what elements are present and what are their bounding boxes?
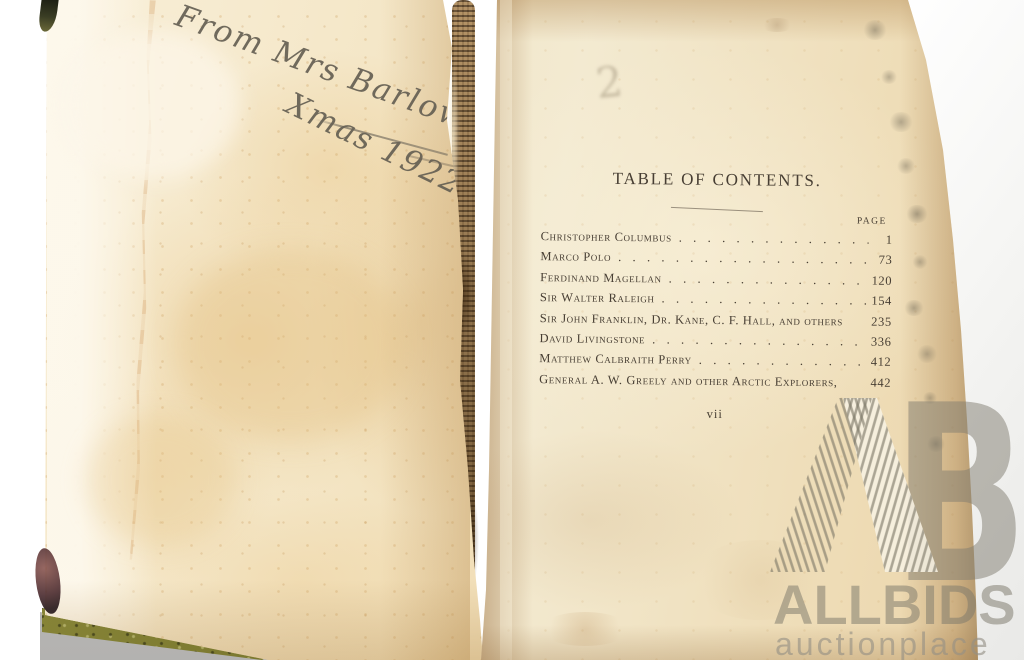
foxing-spot xyxy=(862,20,888,40)
toc-entry-label: Christopher Columbus xyxy=(541,229,672,245)
toc-entry: General A. W. Greely and other Arctic Ex… xyxy=(539,372,891,396)
foxing-spot xyxy=(905,205,929,223)
paper-stain xyxy=(540,612,630,646)
foxing-spot xyxy=(916,345,938,363)
toc-entry-label: David Livingstone xyxy=(539,331,645,347)
toc-entry-page: 1 xyxy=(869,233,893,248)
toc-entry-label: Marco Polo xyxy=(540,250,611,266)
paper-stain xyxy=(690,540,830,620)
toc-leader-dots: . . . . . . . . . . . . . . . . . . xyxy=(645,332,867,349)
page-curve-highlight xyxy=(500,0,512,660)
toc-page-column-label: PAGE xyxy=(541,213,893,227)
paper-stain xyxy=(175,250,405,440)
foxing-spot xyxy=(926,436,946,452)
toc-entry-page: 442 xyxy=(867,375,891,390)
table-of-contents: TABLE OF CONTENTS. PAGE Christopher Colu… xyxy=(539,168,894,424)
paper-stain xyxy=(85,415,235,545)
toc-entry-label: Ferdinand Magellan xyxy=(540,270,662,286)
page-edge-shadow xyxy=(900,0,980,660)
book-photo-scene: From Mrs Barlow Xmas 1922 2 TABLE OF CON… xyxy=(0,0,1024,660)
toc-leader-dots: . . . . . . . . . . . . . . . . . . xyxy=(654,292,868,309)
toc-leader-dots: . . . . . . . . . . . . . . . . . . xyxy=(662,271,869,288)
toc-title: TABLE OF CONTENTS. xyxy=(541,168,893,192)
toc-leader-dots: . . . . . . . . . . . . . . . . . . xyxy=(672,231,869,248)
foxing-spot xyxy=(922,392,938,404)
toc-entry-label: Sir John Franklin, Dr. Kane, C. F. Hall,… xyxy=(540,311,843,329)
toc-entry-page: 412 xyxy=(867,355,891,370)
toc-entry-page: 336 xyxy=(867,335,891,350)
toc-entry-page: 73 xyxy=(868,253,892,268)
toc-divider-rule xyxy=(671,207,763,212)
foxing-spot xyxy=(888,112,914,132)
toc-entry-page: 120 xyxy=(868,273,892,288)
toc-entry-page: 235 xyxy=(868,314,892,329)
toc-entry-list: Christopher Columbus . . . . . . . . . .… xyxy=(539,229,893,396)
toc-leader-dots: . . . . . . . . . . . . . . . . . . . . … xyxy=(611,250,868,268)
foxing-spot xyxy=(760,18,794,32)
paper-stain xyxy=(70,30,240,180)
toc-entry-label: Matthew Calbraith Perry xyxy=(539,351,692,368)
toc-entry-label: Sir Walter Raleigh xyxy=(540,290,655,306)
foxing-spot xyxy=(896,158,916,174)
foxing-spot xyxy=(912,255,928,269)
toc-leader-dots: . . . . . . . . . . . . . . xyxy=(692,353,868,370)
toc-entry-page: 154 xyxy=(868,294,892,309)
foxing-spot xyxy=(880,70,898,84)
faint-smudge-mark: 2 xyxy=(594,57,626,109)
foxing-spot xyxy=(903,300,925,316)
toc-entry-label: General A. W. Greely and other Arctic Ex… xyxy=(539,372,838,390)
